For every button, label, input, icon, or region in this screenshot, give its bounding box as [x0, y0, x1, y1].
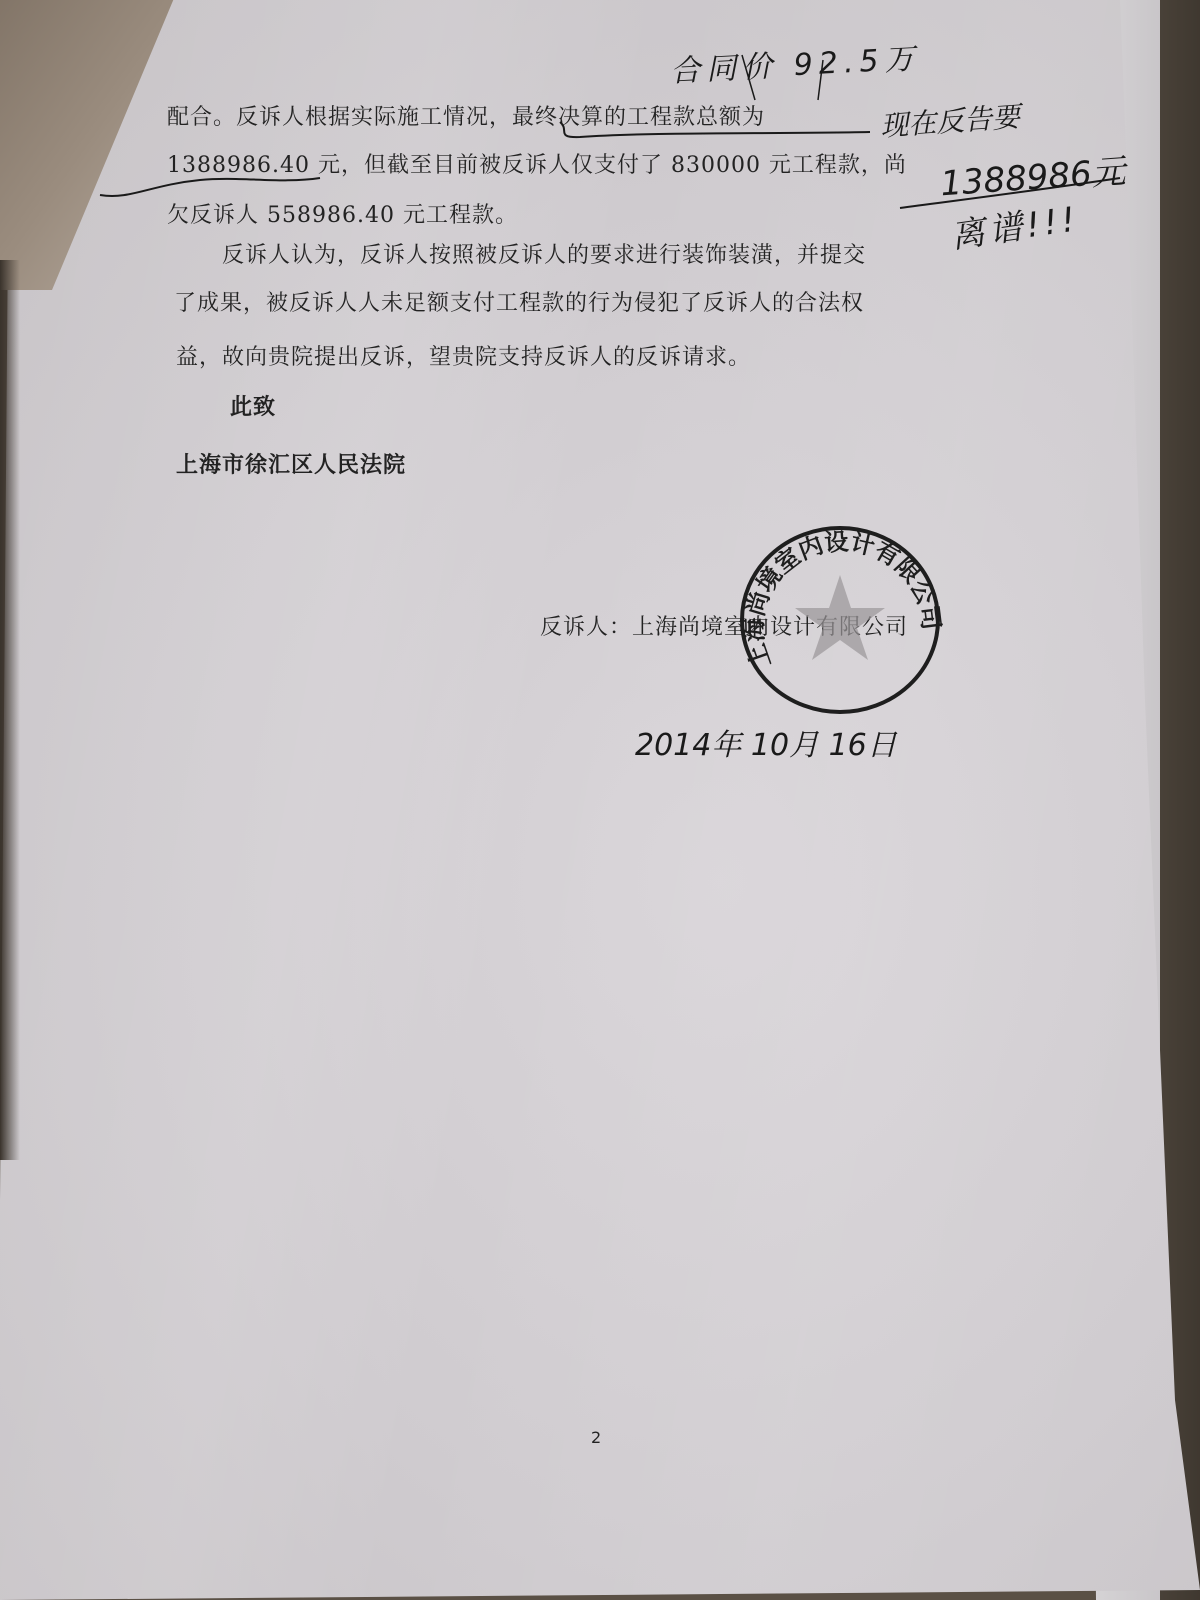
paragraph1-line1: 配合。反诉人根据实际施工情况，最终决算的工程款总额为	[167, 100, 765, 131]
paragraph2-line2: 了成果，被反诉人人未足额支付工程款的行为侵犯了反诉人的合法权	[174, 286, 864, 317]
paragraph2-line1: 反诉人认为，反诉人按照被反诉人的要求进行装饰装潢，并提交	[222, 238, 866, 269]
handwritten-date: 2014年 10月 16日	[635, 720, 897, 764]
seal-icon: 上海尚境室内设计有限公司	[735, 520, 945, 720]
page-number: 2	[591, 1428, 602, 1447]
page-edge-shadow	[0, 260, 20, 1160]
court-name: 上海市徐汇区人民法院	[176, 448, 406, 479]
paragraph1-line3: 欠反诉人 558986.40 元工程款。	[167, 198, 518, 229]
paragraph2-line3: 益，故向贵院提出反诉，望贵院支持反诉人的反诉请求。	[176, 340, 751, 371]
company-seal-stamp: 上海尚境室内设计有限公司	[735, 520, 945, 720]
salutation: 此致	[230, 390, 276, 421]
paragraph1-line2: 1388986.40 元，但截至目前被反诉人仅支付了 830000 元工程款，尚	[167, 148, 907, 179]
